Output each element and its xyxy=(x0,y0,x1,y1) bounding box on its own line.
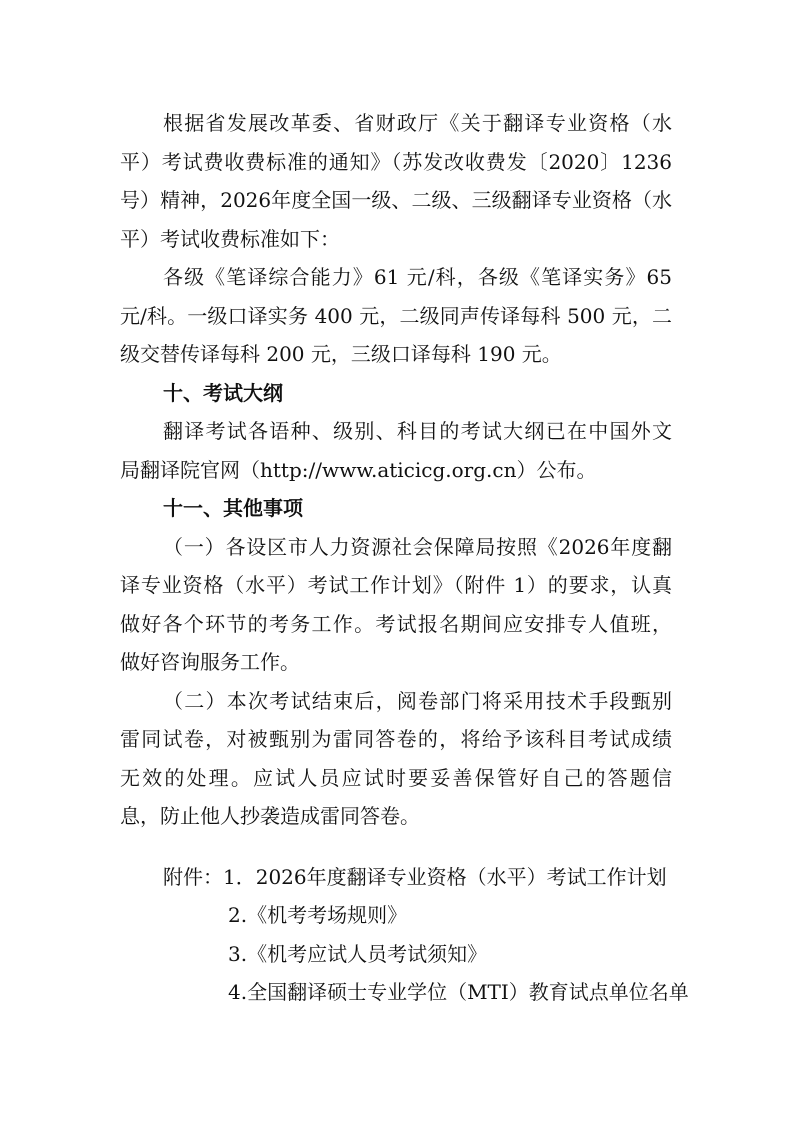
text-line: 做好咨询服务工作。 xyxy=(120,643,672,682)
spacer xyxy=(120,836,672,858)
text-line: 元/科。一级口译实务 400 元，二级同声传译每科 500 元，二 xyxy=(120,297,672,336)
text-line: 级交替传译每科 200 元，三级口译每科 190 元。 xyxy=(120,335,672,374)
attachment-item-1: 附件：1．2026年度翻译专业资格（水平）考试工作计划 xyxy=(120,858,672,897)
other-matters-item-1: （一）各设区市人力资源社会保障局按照《2026年度翻 译专业资格（水平）考试工作… xyxy=(120,528,672,682)
syllabus-paragraph: 翻译考试各语种、级别、科目的考试大纲已在中国外文 局翻译院官网（http://w… xyxy=(120,412,672,489)
attachments-list: 附件：1．2026年度翻译专业资格（水平）考试工作计划 2.《机考考场规则》 3… xyxy=(120,858,672,1012)
attachment-item-3: 3.《机考应试人员考试须知》 xyxy=(120,935,672,974)
text-line: （二）本次考试结束后，阅卷部门将采用技术手段甄别 xyxy=(120,682,672,721)
section-heading-exam-syllabus: 十、考试大纲 xyxy=(120,374,672,413)
fee-paragraph-1: 根据省发展改革委、省财政厅《关于翻译专业资格（水 平）考试费收费标准的通知》（苏… xyxy=(120,104,672,258)
text-line: （一）各设区市人力资源社会保障局按照《2026年度翻 xyxy=(120,528,672,567)
section-heading-other-matters: 十一、其他事项 xyxy=(120,489,672,528)
text-line: 各级《笔译综合能力》61 元/科，各级《笔译实务》65 xyxy=(120,258,672,297)
text-line: 息，防止他人抄袭造成雷同答卷。 xyxy=(120,797,672,836)
attachment-item-2: 2.《机考考场规则》 xyxy=(120,896,672,935)
text-line: 号）精神，2026年度全国一级、二级、三级翻译专业资格（水 xyxy=(120,181,672,220)
text-line: 平）考试收费标准如下： xyxy=(120,220,672,259)
text-line: 翻译考试各语种、级别、科目的考试大纲已在中国外文 xyxy=(120,412,672,451)
attachments-label: 附件： xyxy=(163,865,223,889)
text-line: 做好各个环节的考务工作。考试报名期间应安排专人值班， xyxy=(120,605,672,644)
attachment-title: 1．2026年度翻译专业资格（水平）考试工作计划 xyxy=(223,865,667,889)
other-matters-item-2: （二）本次考试结束后，阅卷部门将采用技术手段甄别 雷同试卷，对被甄别为雷同答卷的… xyxy=(120,682,672,836)
fee-paragraph-2: 各级《笔译综合能力》61 元/科，各级《笔译实务》65 元/科。一级口译实务 4… xyxy=(120,258,672,374)
document-page: 根据省发展改革委、省财政厅《关于翻译专业资格（水 平）考试费收费标准的通知》（苏… xyxy=(120,104,672,1012)
text-line: 译专业资格（水平）考试工作计划》（附件 1）的要求，认真 xyxy=(120,566,672,605)
text-line-with-url: 局翻译院官网（http://www.aticicg.org.cn）公布。 xyxy=(120,451,672,490)
text-line: 根据省发展改革委、省财政厅《关于翻译专业资格（水 xyxy=(120,104,672,143)
text-line: 无效的处理。应试人员应试时要妥善保管好自己的答题信 xyxy=(120,759,672,798)
attachment-item-4: 4.全国翻译硕士专业学位（MTI）教育试点单位名单 xyxy=(120,973,672,1012)
text-line: 平）考试费收费标准的通知》（苏发改收费发〔2020〕1236 xyxy=(120,143,672,182)
text-line: 雷同试卷，对被甄别为雷同答卷的，将给予该科目考试成绩 xyxy=(120,720,672,759)
